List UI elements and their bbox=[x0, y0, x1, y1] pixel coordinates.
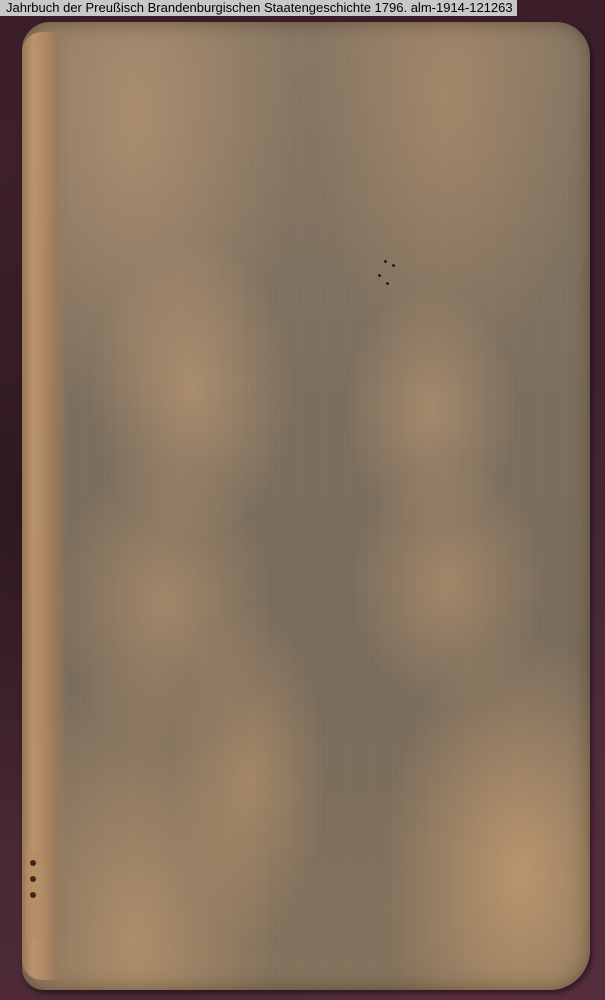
book-cover bbox=[22, 22, 590, 990]
book-spine bbox=[22, 32, 68, 980]
spine-label bbox=[26, 850, 40, 940]
image-caption: Jahrbuch der Preußisch Brandenburgischen… bbox=[0, 0, 517, 16]
